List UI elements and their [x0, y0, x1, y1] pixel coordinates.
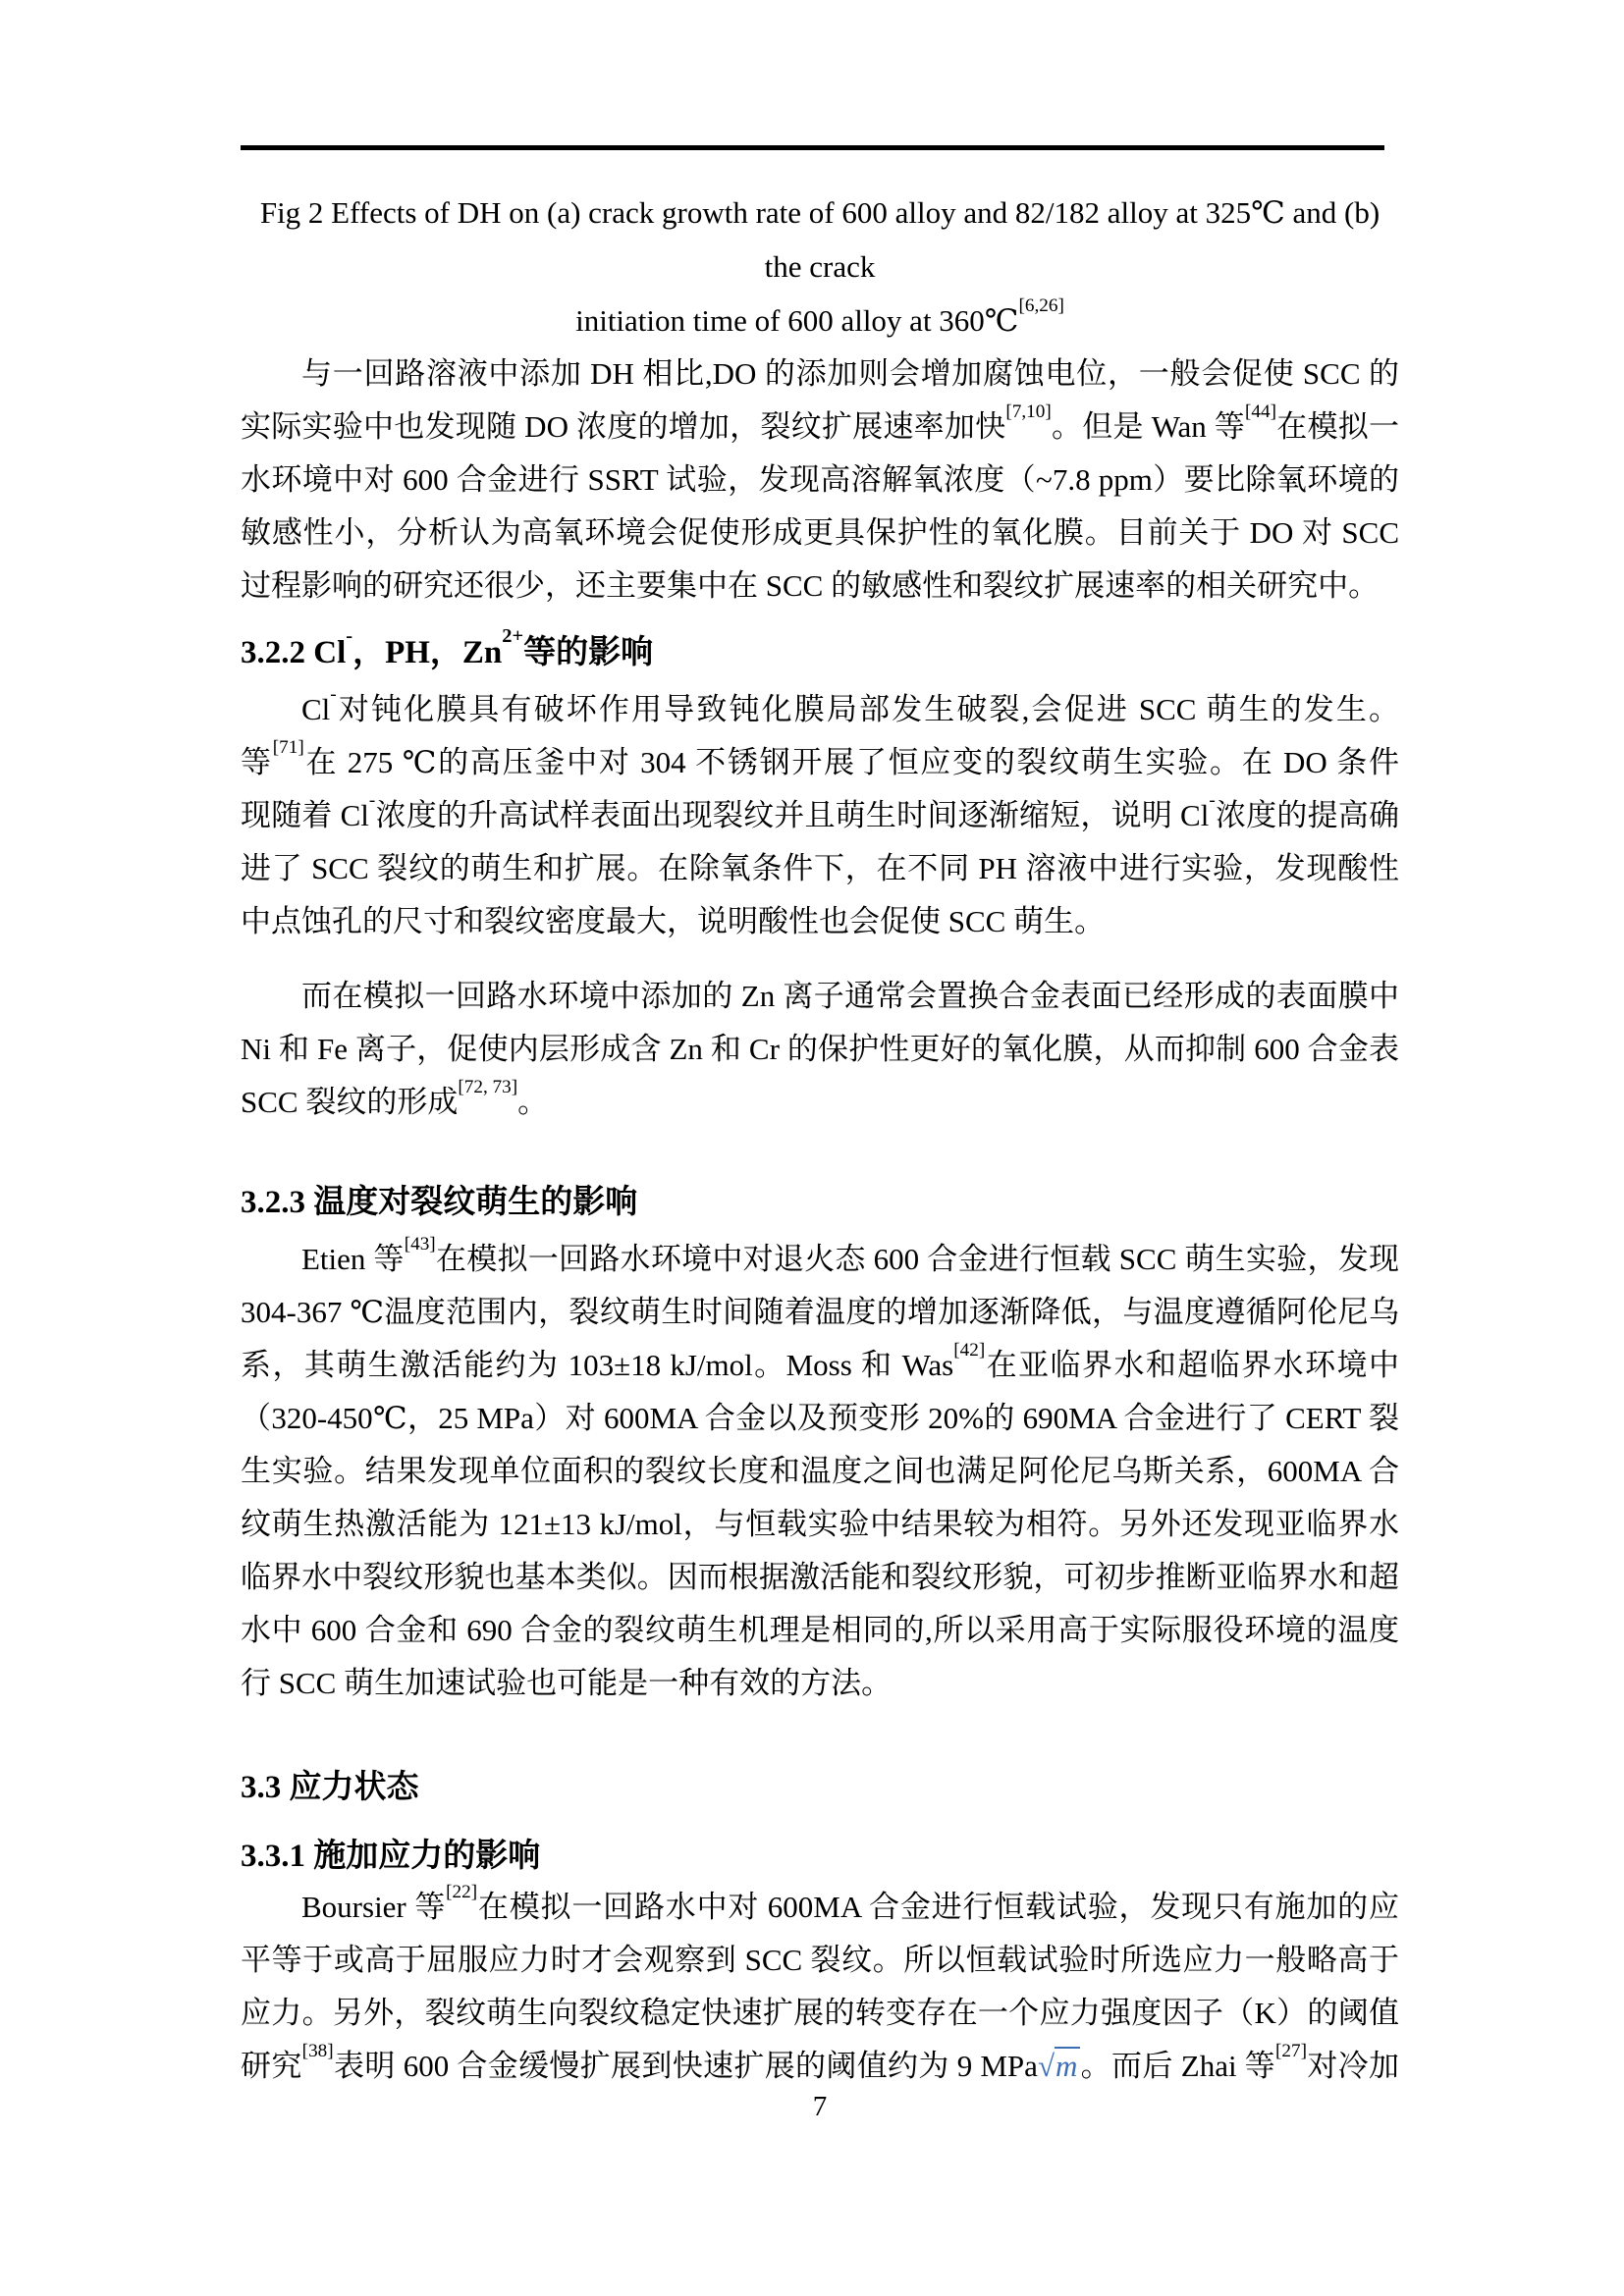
text-line: 水环境中对 600 合金进行 SSRT 试验，发现高溶解氧浓度（~7.8 ppm…	[241, 454, 1399, 507]
paragraph-zn-ion: 而在模拟一回路水环境中添加的 Zn 离子通常会置换合金表面已经形成的表面膜中的 …	[241, 970, 1399, 1129]
superscript-reference: [22]	[446, 1882, 477, 1902]
paragraph-temperature: Etien 等[43]在模拟一回路水环境中对退火态 600 合金进行恒载 SCC…	[241, 1233, 1399, 1710]
text-line: Boursier 等[22]在模拟一回路水中对 600MA 合金进行恒载试验，发…	[241, 1881, 1399, 1934]
superscript-reference: -	[1209, 790, 1215, 811]
page-number: 7	[241, 2091, 1399, 2123]
text-line: 等[71]在 275 ℃的高压釜中对 304 不锈钢开展了恒应变的裂纹萌生实验。…	[241, 736, 1399, 789]
text-line: 进了 SCC 裂纹的萌生和扩展。在除氧条件下，在不同 PH 溶液中进行实验，发现…	[241, 842, 1399, 895]
text-line: 而在模拟一回路水环境中添加的 Zn 离子通常会置换合金表面已经形成的表面膜中的	[241, 970, 1399, 1023]
text-line: 行 SCC 萌生加速试验也可能是一种有效的方法。	[241, 1657, 1399, 1710]
paragraph-applied-stress: Boursier 等[22]在模拟一回路水中对 600MA 合金进行恒载试验，发…	[241, 1881, 1399, 2093]
section-heading-3-3: 3.3 应力状态	[241, 1763, 1399, 1812]
sqrt-equation: √m	[1038, 2047, 1080, 2083]
text-line: 水中 600 合金和 690 合金的裂纹萌生机理是相同的,所以采用高于实际服役环…	[241, 1604, 1399, 1657]
text-line: 研究[38]表明 600 合金缓慢扩展到快速扩展的阈值约为 9 MPa√m。而后…	[241, 2040, 1399, 2093]
text-line: 实际实验中也发现随 DO 浓度的增加，裂纹扩展速率加快[7,10]。但是 Wan…	[241, 400, 1399, 454]
figure-caption-line-2: initiation time of 600 alloy at 360℃[6,2…	[241, 294, 1399, 347]
text-line: 中点蚀孔的尺寸和裂纹密度最大，说明酸性也会促使 SCC 萌生。	[241, 895, 1399, 948]
superscript-reference: [71]	[273, 737, 304, 758]
superscript-reference: [72, 73]	[458, 1077, 517, 1097]
text-line: 应力。另外，裂纹萌生向裂纹稳定快速扩展的转变存在一个应力强度因子（K）的阈值[5…	[241, 1987, 1399, 2040]
document-page: Fig 2 Effects of DH on (a) crack growth …	[0, 0, 1624, 2296]
text-line: 平等于或高于屈服应力时才会观察到 SCC 裂纹。所以恒载试验时所选应力一般略高于…	[241, 1934, 1399, 1987]
text-line: 过程影响的研究还很少，还主要集中在 SCC 的敏感性和裂纹扩展速率的相关研究中。	[241, 560, 1399, 613]
text-line: 现随着 Cl-浓度的升高试样表面出现裂纹并且萌生时间逐渐缩短，说明 Cl-浓度的…	[241, 789, 1399, 842]
header-rule	[241, 145, 1384, 150]
figure-caption: Fig 2 Effects of DH on (a) crack growth …	[241, 186, 1399, 347]
superscript-reference: -	[330, 684, 336, 705]
text-line: 敏感性小，分析认为高氧环境会促使形成更具保护性的氧化膜。目前关于 DO 对 SC…	[241, 507, 1399, 560]
text-line: Etien 等[43]在模拟一回路水环境中对退火态 600 合金进行恒载 SCC…	[241, 1233, 1399, 1286]
text-line: 系，其萌生激活能约为 103±18 kJ/mol。Moss 和 Was[42]在…	[241, 1339, 1399, 1392]
text-line: SCC 裂纹的形成[72, 73]。	[241, 1076, 1399, 1129]
superscript-reference: [44]	[1245, 401, 1276, 422]
superscript-reference: [6,26]	[1019, 295, 1064, 316]
section-heading-3-2-3: 3.2.3 温度对裂纹萌生的影响	[241, 1178, 1399, 1227]
section-heading-3-2-2: 3.2.2 Cl-，PH，Zn2+等的影响	[241, 628, 1399, 677]
superscript-reference: -	[346, 625, 352, 647]
superscript-reference: [43]	[405, 1234, 436, 1255]
superscript-reference: -	[369, 790, 375, 811]
superscript-reference: [38]	[302, 2041, 334, 2061]
figure-caption-line-1: Fig 2 Effects of DH on (a) crack growth …	[241, 186, 1399, 294]
text-line: 304-367 ℃温度范围内，裂纹萌生时间随着温度的增加逐渐降低，与温度遵循阿伦…	[241, 1286, 1399, 1339]
paragraph-cl-ph: Cl-对钝化膜具有破坏作用导致钝化膜局部发生破裂,会促进 SCC 萌生的发生。M…	[241, 683, 1399, 948]
text-line: Ni 和 Fe 离子，促使内层形成含 Zn 和 Cr 的保护性更好的氧化膜，从而…	[241, 1023, 1399, 1076]
section-heading-3-3-1: 3.3.1 施加应力的影响	[241, 1832, 1399, 1881]
text-line: 临界水中裂纹形貌也基本类似。因而根据激活能和裂纹形貌，可初步推断亚临界水和超临界	[241, 1551, 1399, 1604]
text-line: Cl-对钝化膜具有破坏作用导致钝化膜局部发生破裂,会促进 SCC 萌生的发生。M…	[241, 683, 1399, 736]
text-line: 生实验。结果发现单位面积的裂纹长度和温度之间也满足阿伦尼乌斯关系，600MA 合…	[241, 1445, 1399, 1498]
paragraph-do-effect: 与一回路溶液中添加 DH 相比,DO 的添加则会增加腐蚀电位，一般会促使 SCC…	[241, 347, 1399, 613]
text-line: （320-450℃，25 MPa）对 600MA 合金以及预变形 20%的 69…	[241, 1392, 1399, 1445]
text-line: 纹萌生热激活能为 121±13 kJ/mol，与恒载实验中结果较为相符。另外还发…	[241, 1498, 1399, 1551]
superscript-reference: 2+	[502, 625, 523, 647]
superscript-reference: [7,10]	[1005, 401, 1051, 422]
text-line: 与一回路溶液中添加 DH 相比,DO 的添加则会增加腐蚀电位，一般会促使 SCC…	[241, 347, 1399, 400]
superscript-reference: [42]	[953, 1340, 985, 1361]
superscript-reference: [27]	[1275, 2041, 1307, 2061]
